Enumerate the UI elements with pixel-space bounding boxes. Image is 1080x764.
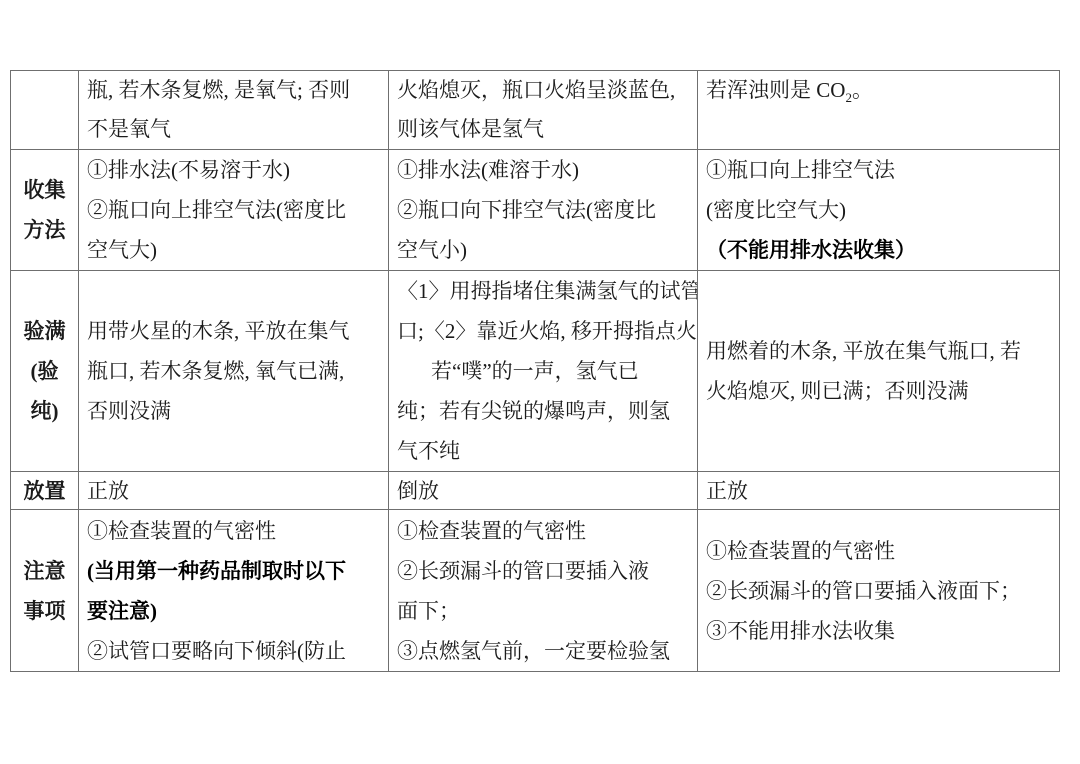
cell-oxygen-identify-cont: 瓶, 若木条复燃, 是氧气; 否则 不是氧气 (79, 71, 389, 150)
table-row-full-purity-test: 验满 (验 纯) 用带火星的木条, 平放在集气 瓶口, 若木条复燃, 氧气已满,… (11, 271, 1060, 472)
table-row-identify-continued: 瓶, 若木条复燃, 是氧气; 否则 不是氧气 火焰熄灭，瓶口火焰呈淡蓝色, 则该… (11, 71, 1060, 150)
text-line: ①检查装置的气密性 (706, 531, 1051, 571)
text-line: 若浑浊则是 CO2。 (706, 71, 1051, 110)
row-header-placement: 放置 (11, 472, 79, 510)
text-line: 则该气体是氢气 (397, 110, 689, 149)
text-line: 倒放 (397, 473, 689, 509)
cell-hydrogen-identify-cont: 火焰熄灭，瓶口火焰呈淡蓝色, 则该气体是氢气 (389, 71, 698, 150)
text-line: ①排水法(难溶于水) (397, 150, 689, 190)
header-line: 注意 (19, 551, 70, 591)
gas-properties-table: 瓶, 若木条复燃, 是氧气; 否则 不是氧气 火焰熄灭，瓶口火焰呈淡蓝色, 则该… (10, 70, 1060, 672)
cell-co2-full-test: 用燃着的木条, 平放在集气瓶口, 若 火焰熄灭, 则已满；否则没满 (698, 271, 1060, 472)
text-line: 〈1〉用拇指堵住集满氢气的试管 (397, 271, 689, 311)
table-row-precautions: 注意 事项 ①检查装置的气密性 (当用第一种药品制取时以下 要注意) ②试管口要… (11, 510, 1060, 672)
text-line: ②瓶口向下排空气法(密度比 (397, 190, 689, 230)
text-line: 正放 (87, 473, 380, 509)
cell-oxygen-full-test: 用带火星的木条, 平放在集气 瓶口, 若木条复燃, 氧气已满, 否则没满 (79, 271, 389, 472)
text-line: ①检查装置的气密性 (397, 511, 689, 551)
header-line: (验 (19, 351, 70, 391)
cell-co2-placement: 正放 (698, 472, 1060, 510)
cell-co2-collection: ①瓶口向上排空气法 (密度比空气大) （不能用排水法收集） (698, 150, 1060, 271)
text-line: ②瓶口向上排空气法(密度比 (87, 190, 380, 230)
text-line: ①检查装置的气密性 (87, 511, 380, 551)
text-line: 火焰熄灭, 则已满；否则没满 (706, 371, 1051, 411)
text-line: 纯；若有尖锐的爆鸣声，则氢 (397, 391, 689, 431)
text-line: 正放 (706, 473, 1051, 509)
cell-oxygen-precautions: ①检查装置的气密性 (当用第一种药品制取时以下 要注意) ②试管口要略向下倾斜(… (79, 510, 389, 672)
text-line: 空气大) (87, 230, 380, 270)
text-line: 否则没满 (87, 391, 380, 431)
cell-co2-identify-cont: 若浑浊则是 CO2。 (698, 71, 1060, 150)
cell-oxygen-placement: 正放 (79, 472, 389, 510)
header-line: 纯) (19, 391, 70, 431)
text-line: 若“噗”的一声，氢气已 (397, 351, 689, 391)
row-header-empty (11, 71, 79, 150)
table-row-collection-method: 收集 方法 ①排水法(不易溶于水) ②瓶口向上排空气法(密度比 空气大) ①排水… (11, 150, 1060, 271)
cell-hydrogen-placement: 倒放 (389, 472, 698, 510)
header-line: 收集 (19, 170, 70, 210)
cell-hydrogen-precautions: ①检查装置的气密性 ②长颈漏斗的管口要插入液 面下； ③点燃氢气前，一定要检验氢 (389, 510, 698, 672)
text-line: ③点燃氢气前，一定要检验氢 (397, 631, 689, 671)
header-line: 放置 (19, 473, 70, 509)
text-line: 用燃着的木条, 平放在集气瓶口, 若 (706, 331, 1051, 371)
text-line: 不是氧气 (87, 110, 380, 149)
text-line: (密度比空气大) (706, 190, 1051, 230)
header-line: 验满 (19, 311, 70, 351)
text-line-bold: （不能用排水法收集） (706, 230, 1051, 270)
cell-co2-precautions: ①检查装置的气密性 ②长颈漏斗的管口要插入液面下； ③不能用排水法收集 (698, 510, 1060, 672)
row-header-precautions: 注意 事项 (11, 510, 79, 672)
cell-oxygen-collection: ①排水法(不易溶于水) ②瓶口向上排空气法(密度比 空气大) (79, 150, 389, 271)
co2-text: 若浑浊则是 CO (706, 78, 845, 102)
document-page: 瓶, 若木条复燃, 是氧气; 否则 不是氧气 火焰熄灭，瓶口火焰呈淡蓝色, 则该… (0, 0, 1080, 764)
text-line: 火焰熄灭，瓶口火焰呈淡蓝色, (397, 71, 689, 110)
text-line: ②长颈漏斗的管口要插入液 (397, 551, 689, 591)
text-line: ②试管口要略向下倾斜(防止 (87, 631, 380, 671)
text-line: ③不能用排水法收集 (706, 611, 1051, 651)
text-line: 空气小) (397, 230, 689, 270)
cell-hydrogen-collection: ①排水法(难溶于水) ②瓶口向下排空气法(密度比 空气小) (389, 150, 698, 271)
text-line: 口;〈2〉靠近火焰, 移开拇指点火 (397, 311, 689, 351)
row-header-collection-method: 收集 方法 (11, 150, 79, 271)
text-line: ①瓶口向上排空气法 (706, 150, 1051, 190)
text-line: 用带火星的木条, 平放在集气 (87, 311, 380, 351)
table-row-placement: 放置 正放 倒放 正放 (11, 472, 1060, 510)
text-line: 面下； (397, 591, 689, 631)
co2-period: 。 (852, 78, 873, 102)
cell-hydrogen-purity-test: 〈1〉用拇指堵住集满氢气的试管 口;〈2〉靠近火焰, 移开拇指点火 若“噗”的一… (389, 271, 698, 472)
text-line: 瓶, 若木条复燃, 是氧气; 否则 (87, 71, 380, 110)
header-line: 事项 (19, 591, 70, 631)
text-line: ①排水法(不易溶于水) (87, 150, 380, 190)
header-line: 方法 (19, 210, 70, 250)
text-line: 瓶口, 若木条复燃, 氧气已满, (87, 351, 380, 391)
text-line: ②长颈漏斗的管口要插入液面下； (706, 571, 1051, 611)
text-line: 气不纯 (397, 431, 689, 471)
text-line-bold: 要注意) (87, 591, 380, 631)
row-header-full-purity-test: 验满 (验 纯) (11, 271, 79, 472)
text-line-bold: (当用第一种药品制取时以下 (87, 551, 380, 591)
